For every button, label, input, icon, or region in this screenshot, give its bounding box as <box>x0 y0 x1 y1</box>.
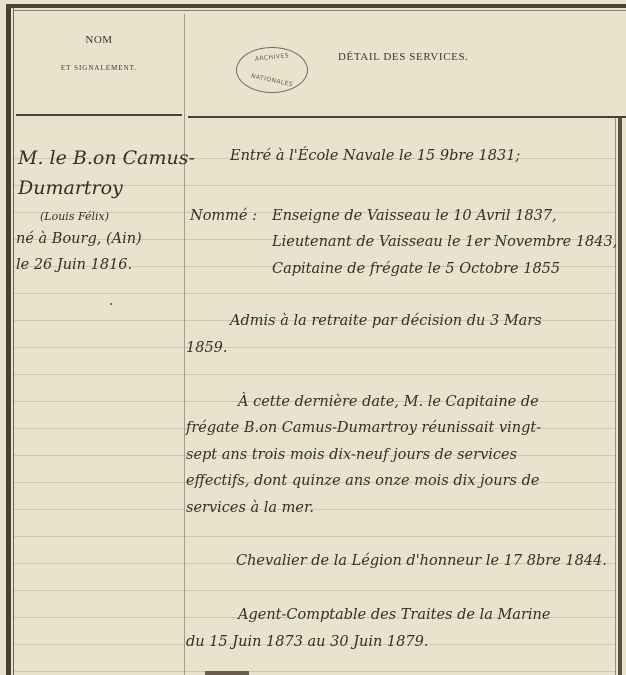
header-detail-services: DÉTAIL DES SERVICES. <box>338 51 469 63</box>
service-retirement-line2: 1859. <box>186 340 228 356</box>
service-agent-line1: Agent-Comptable des Traites de la Marine <box>238 607 550 623</box>
service-agent-line2: du 15 Juin 1873 au 30 Juin 1879. <box>186 634 428 650</box>
header-rule-right <box>188 116 626 118</box>
identity-birthplace: né à Bourg, (Ain) <box>16 231 142 247</box>
header-rule-left <box>16 114 182 116</box>
stamp-top-text: ARCHIVES <box>237 50 307 64</box>
right-border-inner <box>615 118 616 675</box>
identity-name-line1: M. le B.on Camus- <box>18 147 195 169</box>
service-legion-honneur: Chevalier de la Légion d'honneur le 17 8… <box>236 553 607 569</box>
stamp-bottom-text: NATIONALES <box>237 70 307 91</box>
service-rank-2: Lieutenant de Vaisseau le 1er Novembre 1… <box>272 234 617 250</box>
archives-nationales-stamp: ARCHIVES NATIONALES <box>236 47 308 93</box>
service-rank-3: Capitaine de frégate le 5 Octobre 1855 <box>272 261 560 277</box>
left-border-inner <box>13 7 14 675</box>
header-nom: NOM <box>16 34 182 46</box>
service-entry: Entré à l'École Navale le 15 9bre 1831; <box>230 148 520 164</box>
ink-mark <box>110 303 112 305</box>
service-summary-line4: effectifs, dont quinze ans onze mois dix… <box>186 473 539 489</box>
service-retirement-line1: Admis à la retraite par décision du 3 Ma… <box>230 313 542 329</box>
bottom-edge-mark <box>205 671 249 675</box>
identity-birthdate: le 26 Juin 1816. <box>16 257 132 273</box>
service-nomme-label: Nommé : <box>190 208 257 224</box>
right-border <box>618 118 622 675</box>
service-summary-line3: sept ans trois mois dix-neuf jours de se… <box>186 447 517 463</box>
service-summary-line1: À cette dernière date, M. le Capitaine d… <box>238 394 539 410</box>
top-border <box>6 4 626 8</box>
top-border-inner <box>13 10 626 11</box>
service-rank-1: Enseigne de Vaisseau le 10 Avril 1837, <box>272 208 557 224</box>
identity-given-names: (Louis Félix) <box>40 210 109 223</box>
service-summary-line2: frégate B.on Camus-Dumartroy réunissait … <box>186 420 541 436</box>
left-border <box>6 4 11 675</box>
column-divider <box>184 14 185 675</box>
document-page: NOM ET SIGNALEMENT. ARCHIVES NATIONALES … <box>0 0 626 675</box>
header-signalement: ET SIGNALEMENT. <box>16 64 182 72</box>
identity-name-line2: Dumartroy <box>18 177 123 199</box>
service-summary-line5: services à la mer. <box>186 500 314 516</box>
